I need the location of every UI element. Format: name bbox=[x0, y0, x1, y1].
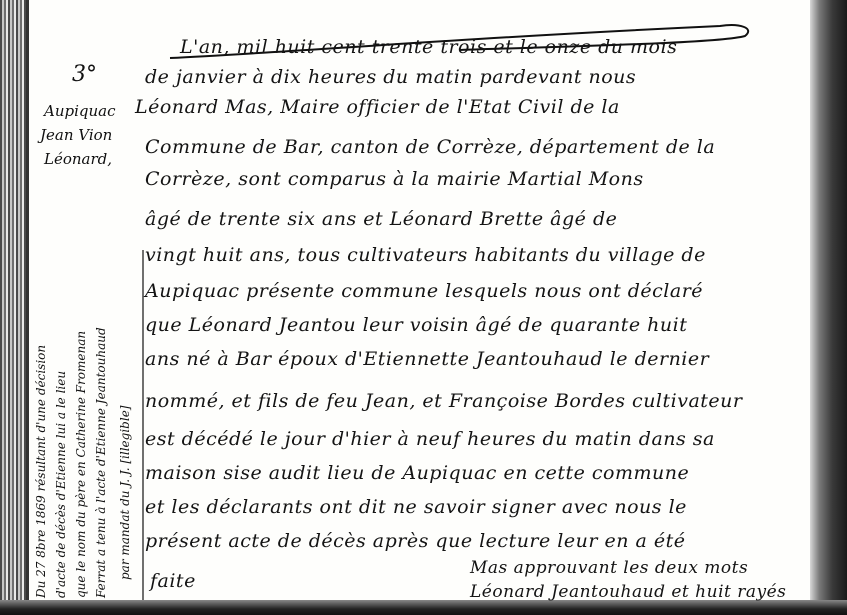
margin-rule bbox=[142, 250, 144, 600]
record-line-1: L'an, mil huit cent trente trois et le o… bbox=[180, 36, 677, 58]
record-line-4: Commune de Bar, canton de Corrèze, dépar… bbox=[145, 136, 715, 158]
record-line-10: ans né à Bar époux d'Etiennette Jeantouh… bbox=[145, 348, 709, 370]
margin-name-2: Jean Vion bbox=[40, 126, 112, 144]
record-line-8: Aupiquac présente commune lesquels nous … bbox=[145, 280, 703, 302]
margin-note-line-2: d'acte de décès d'Etienne lui a le lieu bbox=[54, 371, 68, 598]
record-line-5: Corrèze, sont comparus à la mairie Marti… bbox=[145, 168, 644, 190]
approval-note-line2: Léonard Jeantouhaud et huit rayés bbox=[470, 582, 786, 602]
record-line-7: vingt huit ans, tous cultivateurs habita… bbox=[145, 244, 706, 266]
page-shadow-bottom bbox=[0, 600, 847, 615]
margin-note-line-1: Du 27 8bre 1869 résultant d'une décision bbox=[34, 345, 48, 598]
record-line-15: présent acte de décès après que lecture … bbox=[145, 530, 686, 552]
record-line-11: nommé, et fils de feu Jean, et Françoise… bbox=[145, 390, 742, 412]
record-line-12: est décédé le jour d'hier à neuf heures … bbox=[145, 428, 715, 450]
register-page: 3° Aupiquac Jean Vion Léonard, Du 27 8br… bbox=[0, 0, 847, 615]
margin-note-line-3: que le nom du père en Catherine Fromenan bbox=[74, 331, 88, 598]
margin-note-line-4: Ferrat a tenu à l'acte d'Etienne Jeantou… bbox=[94, 327, 108, 598]
record-line-13: maison sise audit lieu de Aupiquac en ce… bbox=[145, 462, 689, 484]
record-line-16: faite bbox=[150, 570, 196, 592]
record-line-6: âgé de trente six ans et Léonard Brette … bbox=[145, 208, 617, 230]
record-line-14: et les déclarants ont dit ne savoir sign… bbox=[145, 496, 687, 518]
margin-name-1: Aupiquac bbox=[44, 102, 116, 120]
approval-note: Mas approuvant les deux mots bbox=[470, 558, 748, 578]
page-shadow-right bbox=[810, 0, 847, 615]
margin-note-line-5: par mandat du J. J. [illegible] bbox=[118, 406, 132, 580]
record-line-2: de janvier à dix heures du matin pardeva… bbox=[145, 66, 636, 88]
binding-line bbox=[26, 0, 29, 615]
record-line-9: que Léonard Jeantou leur voisin âgé de q… bbox=[145, 314, 687, 336]
record-line-3: Léonard Mas, Maire officier de l'Etat Ci… bbox=[135, 96, 620, 118]
binding-edge bbox=[0, 0, 26, 615]
margin-name-3: Léonard, bbox=[44, 150, 112, 168]
entry-number: 3° bbox=[72, 62, 97, 87]
